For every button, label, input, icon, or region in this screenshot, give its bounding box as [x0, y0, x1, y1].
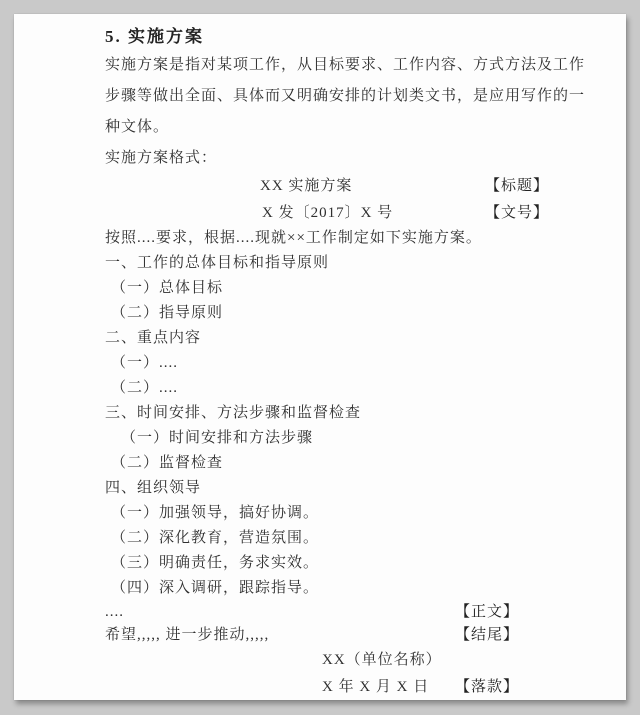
document-content: 5. 实施方案 实施方案是指对某项工作，从目标要求、工作内容、方式方法及工作 步… — [14, 14, 560, 700]
outline-item: 二、重点内容 — [105, 326, 560, 351]
body-ellipsis-row: .... 【正文】 — [105, 601, 560, 623]
template-docnumber: X 发〔2017〕X 号 — [262, 205, 393, 221]
signature-date-row: X 年 X 月 X 日 【落款】 — [105, 674, 560, 700]
tag-body: 【正文】 — [455, 601, 519, 623]
outline-item: （一）加强领导，搞好协调。 — [111, 501, 560, 526]
outline-item: （三）明确责任，务求实效。 — [111, 551, 560, 576]
template-docnumber-row: X 发〔2017〕X 号 【文号】 — [105, 200, 560, 226]
tag-title: 【标题】 — [485, 173, 549, 200]
section-heading: 5. 实施方案 — [105, 24, 560, 50]
outline-item: （一）时间安排和方法步骤 — [121, 426, 560, 451]
document-page: 5. 实施方案 实施方案是指对某项工作，从目标要求、工作内容、方式方法及工作 步… — [14, 14, 626, 700]
tag-docnumber: 【文号】 — [485, 200, 549, 226]
outline-item: （一）.... — [111, 351, 560, 376]
outline-item: 一、工作的总体目标和指导原则 — [105, 251, 560, 276]
intro-paragraph-line: 实施方案是指对某项工作，从目标要求、工作内容、方式方法及工作 — [105, 50, 560, 81]
outline-item: 三、时间安排、方法步骤和监督检查 — [105, 401, 560, 426]
opening-sentence: 按照....要求，根据....现就××工作制定如下实施方案。 — [105, 226, 560, 251]
outline-item: （二）深化教育，营造氛围。 — [111, 526, 560, 551]
signature-date: X 年 X 月 X 日 — [322, 679, 429, 695]
template-title: XX 实施方案 — [260, 178, 352, 194]
body-ellipsis: .... — [105, 604, 124, 620]
outline-item: （二）指导原则 — [111, 301, 560, 326]
closing-sentence: 希望,,,,, 进一步推动,,,,, — [105, 627, 269, 643]
signature-org: XX（单位名称） — [322, 652, 442, 668]
template-title-row: XX 实施方案 【标题】 — [105, 173, 560, 200]
outline-item: （一）总体目标 — [111, 276, 560, 301]
format-label: 实施方案格式： — [105, 143, 560, 173]
scanned-document-background: 5. 实施方案 实施方案是指对某项工作，从目标要求、工作内容、方式方法及工作 步… — [0, 0, 640, 715]
outline-item: 四、组织领导 — [105, 476, 560, 501]
outline-item: （四）深入调研，跟踪指导。 — [111, 576, 560, 601]
intro-paragraph-line: 步骤等做出全面、具体而又明确安排的计划类文书，是应用写作的一 — [105, 81, 560, 112]
tag-signature: 【落款】 — [455, 674, 519, 700]
signature-org-row: XX（单位名称） — [105, 647, 560, 674]
closing-row: 希望,,,,, 进一步推动,,,,, 【结尾】 — [105, 623, 560, 647]
outline-item: （二）.... — [111, 376, 560, 401]
tag-closing: 【结尾】 — [455, 623, 519, 647]
outline-item: （二）监督检查 — [111, 451, 560, 476]
intro-paragraph-line: 种文体。 — [105, 112, 560, 143]
